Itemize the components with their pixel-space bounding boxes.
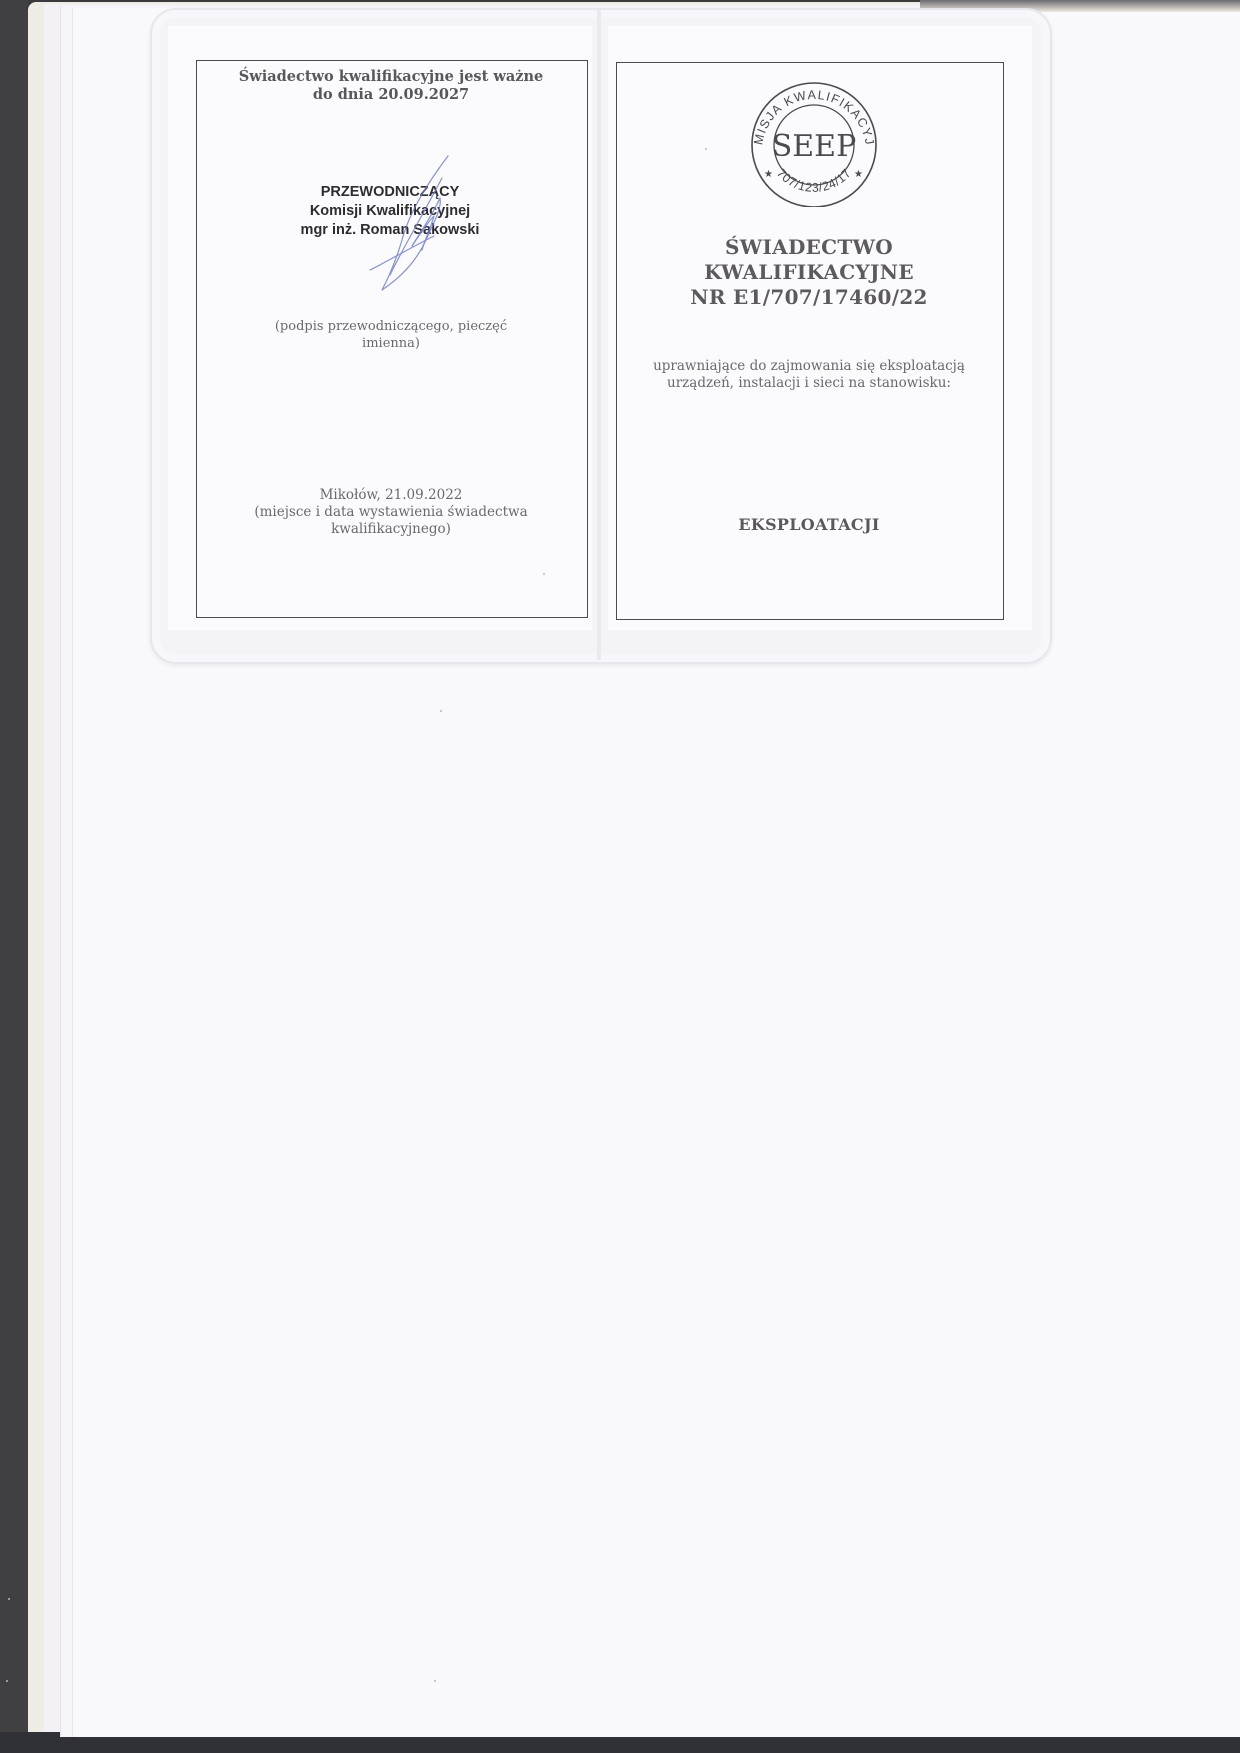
signature-caption: (podpis przewodniczącego, pieczęć imienn… bbox=[196, 318, 586, 352]
stamp-center-text: SEEP bbox=[772, 129, 857, 164]
signature-icon bbox=[330, 150, 490, 300]
scan-speck bbox=[8, 1598, 10, 1600]
entitlement-text: uprawniające do zajmowania się eksploata… bbox=[616, 358, 1002, 392]
signature-caption-line-1: (podpis przewodniczącego, pieczęć bbox=[196, 318, 586, 335]
sleeve-fold bbox=[597, 10, 601, 660]
position-value: EKSPLOATACJI bbox=[616, 515, 1002, 534]
title-line-1: ŚWIADECTWO bbox=[616, 235, 1002, 260]
certificate-number: NR E1/707/17460/22 bbox=[616, 285, 1002, 310]
scan-speck bbox=[6, 1680, 8, 1682]
place-date-value: Mikołów, 21.09.2022 bbox=[196, 487, 586, 504]
stamp-bottom-text: 707/123/24/17 bbox=[774, 166, 854, 195]
entitlement-line-1: uprawniające do zajmowania się eksploata… bbox=[616, 358, 1002, 375]
validity-statement: Świadectwo kwalifikacyjne jest ważne do … bbox=[196, 68, 586, 104]
entitlement-line-2: urządzeń, instalacji i sieci na stanowis… bbox=[616, 375, 1002, 392]
scanner-background bbox=[0, 0, 28, 1753]
place-date-caption-line-2: kwalifikacyjnego) bbox=[196, 521, 586, 538]
validity-line-2: do dnia 20.09.2027 bbox=[196, 86, 586, 104]
title-line-2: KWALIFIKACYJNE bbox=[616, 260, 1002, 285]
star-icon: ★ bbox=[764, 169, 773, 180]
scanner-edge-corner bbox=[0, 1732, 60, 1753]
place-date-caption-line-1: (miejsce i data wystawienia świadectwa bbox=[196, 504, 586, 521]
star-icon: ★ bbox=[854, 169, 863, 180]
scanner-edge-bottom bbox=[55, 1737, 1240, 1753]
certificate-title: ŚWIADECTWO KWALIFIKACYJNE NR E1/707/1746… bbox=[616, 235, 1002, 310]
scan-speck bbox=[543, 573, 545, 575]
issue-place-date: Mikołów, 21.09.2022 (miejsce i data wyst… bbox=[196, 487, 586, 538]
scan-speck bbox=[705, 148, 707, 150]
signature-caption-line-2: imienna) bbox=[196, 335, 586, 352]
validity-line-1: Świadectwo kwalifikacyjne jest ważne bbox=[196, 68, 586, 86]
scan-speck bbox=[434, 1680, 436, 1682]
svg-text:707/123/24/17: 707/123/24/17 bbox=[774, 166, 854, 195]
scan-speck bbox=[440, 710, 442, 712]
seep-stamp-icon: KOMISJA KWALIFIKACYJNA 707/123/24/17 ★ ★… bbox=[740, 77, 888, 207]
